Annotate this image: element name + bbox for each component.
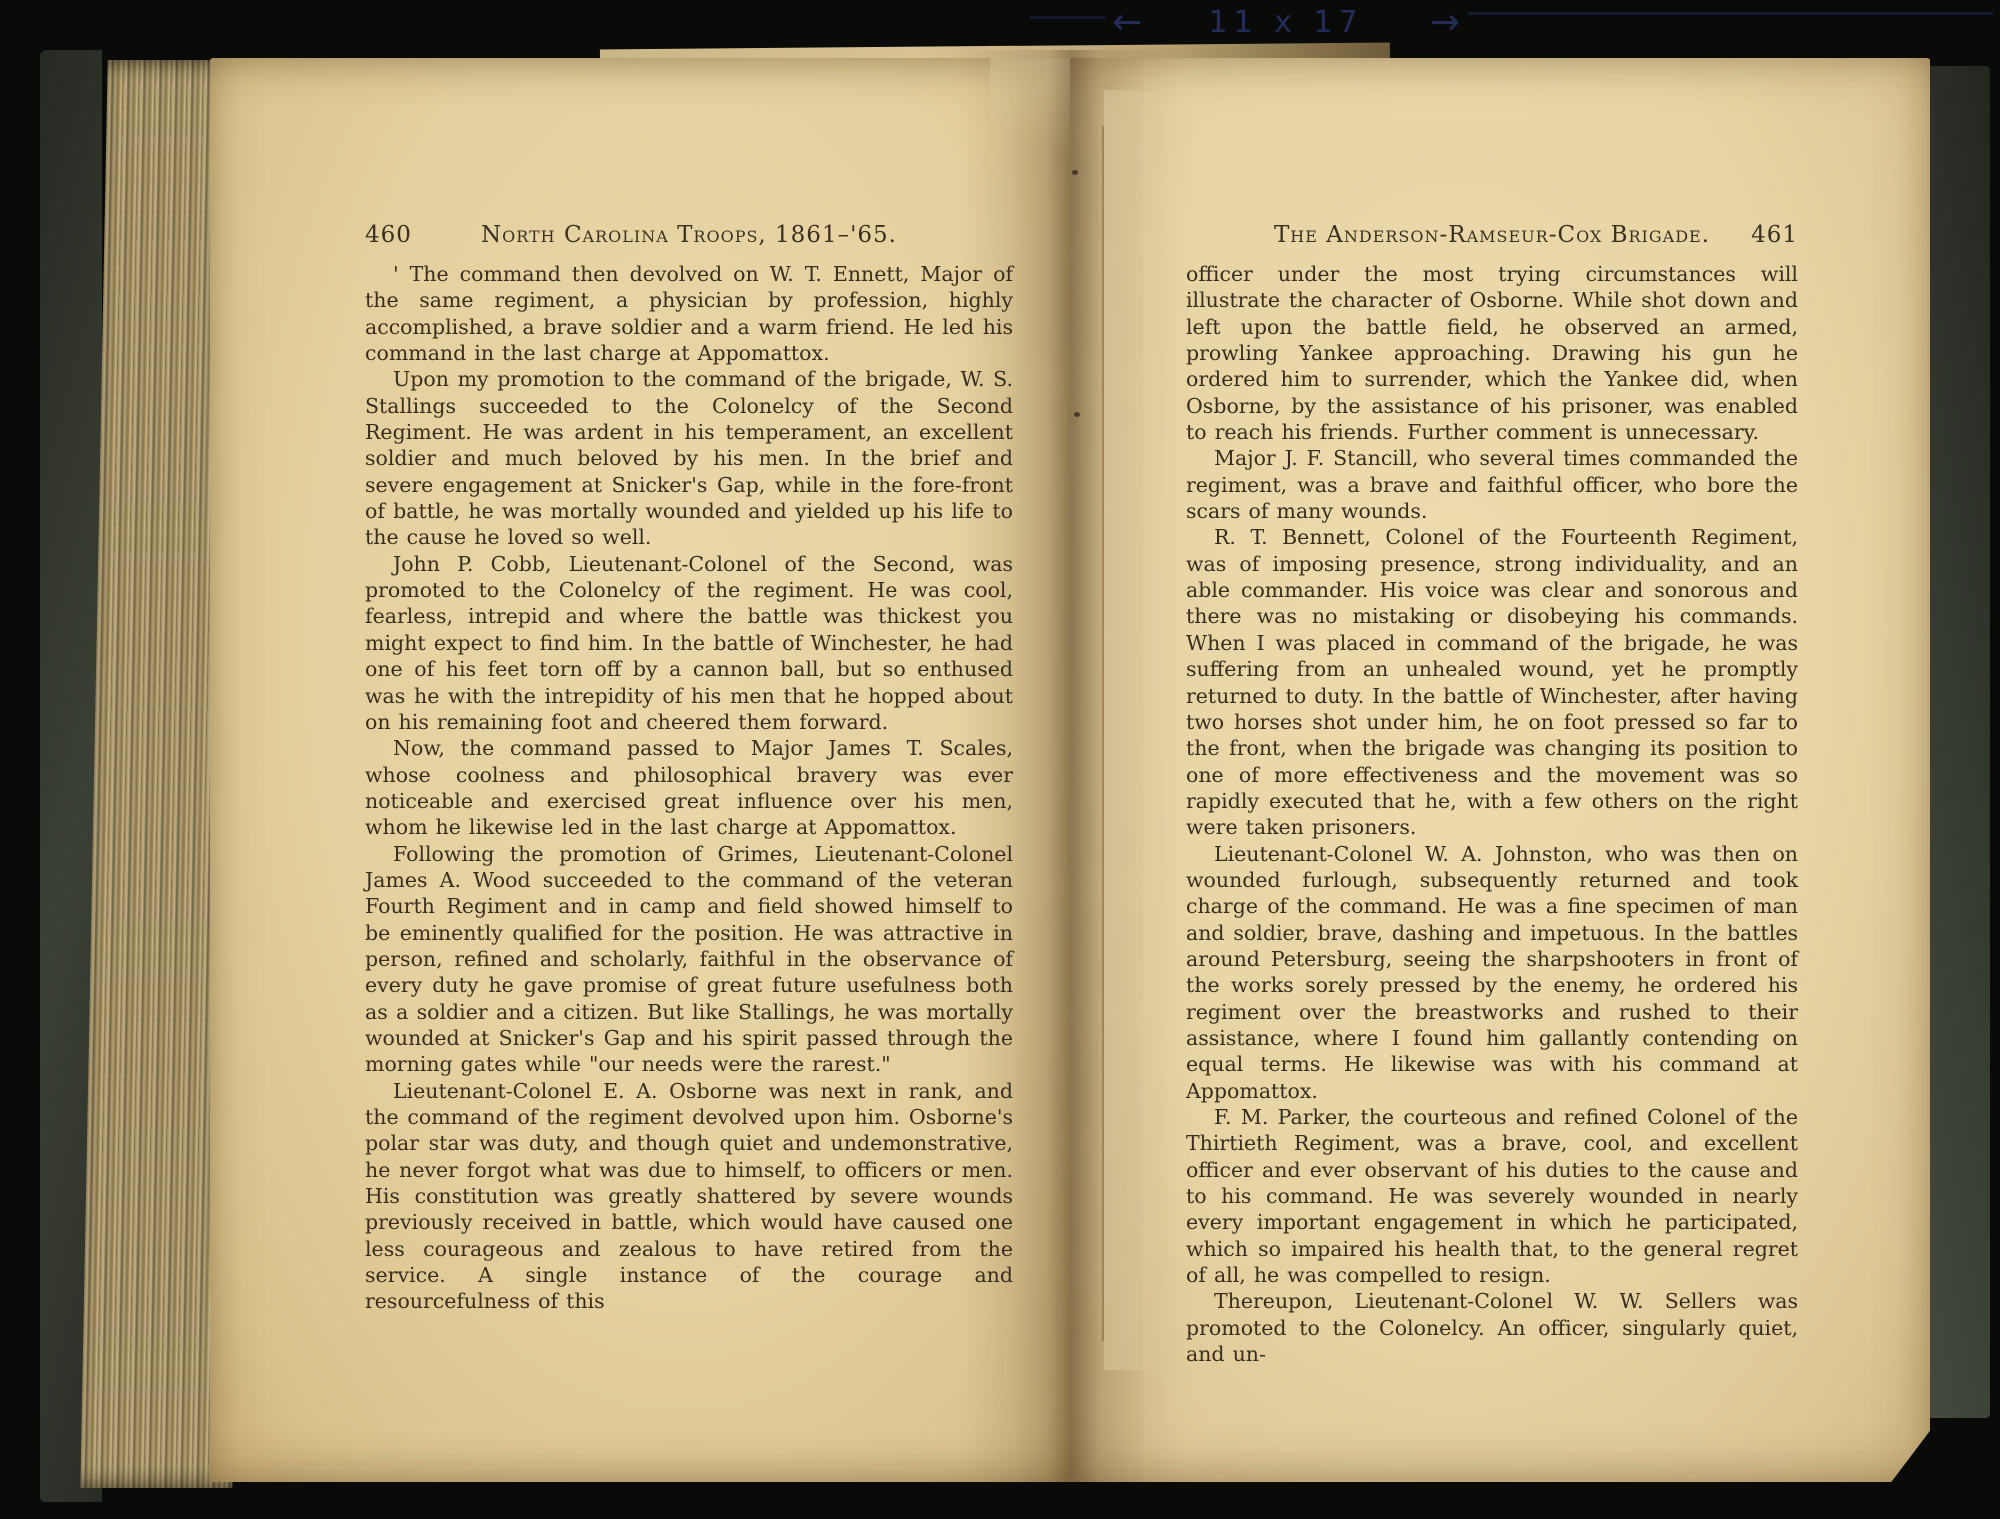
paragraph: officer under the most trying circumstan… xyxy=(1186,261,1798,445)
right-page-number: 461 xyxy=(1751,222,1798,248)
paragraph: Major J. F. Stancill, who several times … xyxy=(1186,445,1798,524)
left-page-number: 460 xyxy=(365,222,412,248)
binding-stitch-hole xyxy=(1072,170,1078,175)
page-fold-corner xyxy=(990,58,1070,188)
scanner-guide-line xyxy=(1030,16,1105,19)
left-header-title: North Carolina Troops, 1861–'65. xyxy=(365,222,1013,248)
paragraph: Thereupon, Lieutenant-Colonel W. W. Sell… xyxy=(1186,1288,1798,1367)
paragraph: Now, the command passed to Major James T… xyxy=(365,735,1013,840)
paragraph: Lieutenant-Colonel W. A. Johnston, who w… xyxy=(1186,841,1798,1104)
scanned-book-spread: { "scanner_overlay": { "size_label": "11… xyxy=(0,0,2000,1519)
left-running-head: 460 North Carolina Troops, 1861–'65. xyxy=(365,222,1013,248)
right-arrow-icon: → xyxy=(1430,2,1460,43)
paragraph: Following the promotion of Grimes, Lieut… xyxy=(365,841,1013,1078)
scanner-size-text: 11 x 17 xyxy=(1208,5,1363,40)
scanner-guide-line xyxy=(1468,12,1993,15)
left-page-body: ' The command then devolved on W. T. Enn… xyxy=(365,261,1013,1315)
right-header-title: The Anderson-Ramseur-Cox Brigade. xyxy=(1186,222,1798,248)
right-page-body: officer under the most trying circumstan… xyxy=(1186,261,1798,1367)
paragraph: Lieutenant-Colonel E. A. Osborne was nex… xyxy=(365,1078,1013,1315)
binding-stitch-hole xyxy=(1074,412,1080,417)
paragraph: ' The command then devolved on W. T. Enn… xyxy=(365,261,1013,366)
paragraph: F. M. Parker, the courteous and refined … xyxy=(1186,1104,1798,1288)
left-arrow-icon: ← xyxy=(1112,2,1142,43)
right-running-head: The Anderson-Ramseur-Cox Brigade. 461 xyxy=(1186,222,1798,248)
scanner-size-label: ← 11 x 17 → xyxy=(1112,0,1460,44)
book-cover-right xyxy=(1922,66,1990,1418)
paragraph: Upon my promotion to the command of the … xyxy=(365,366,1013,550)
paragraph: R. T. Bennett, Colonel of the Fourteenth… xyxy=(1186,524,1798,840)
paragraph: John P. Cobb, Lieutenant-Colonel of the … xyxy=(365,551,1013,735)
page-crease-highlight xyxy=(1104,90,1164,1370)
page-crease-line xyxy=(1102,126,1104,1341)
